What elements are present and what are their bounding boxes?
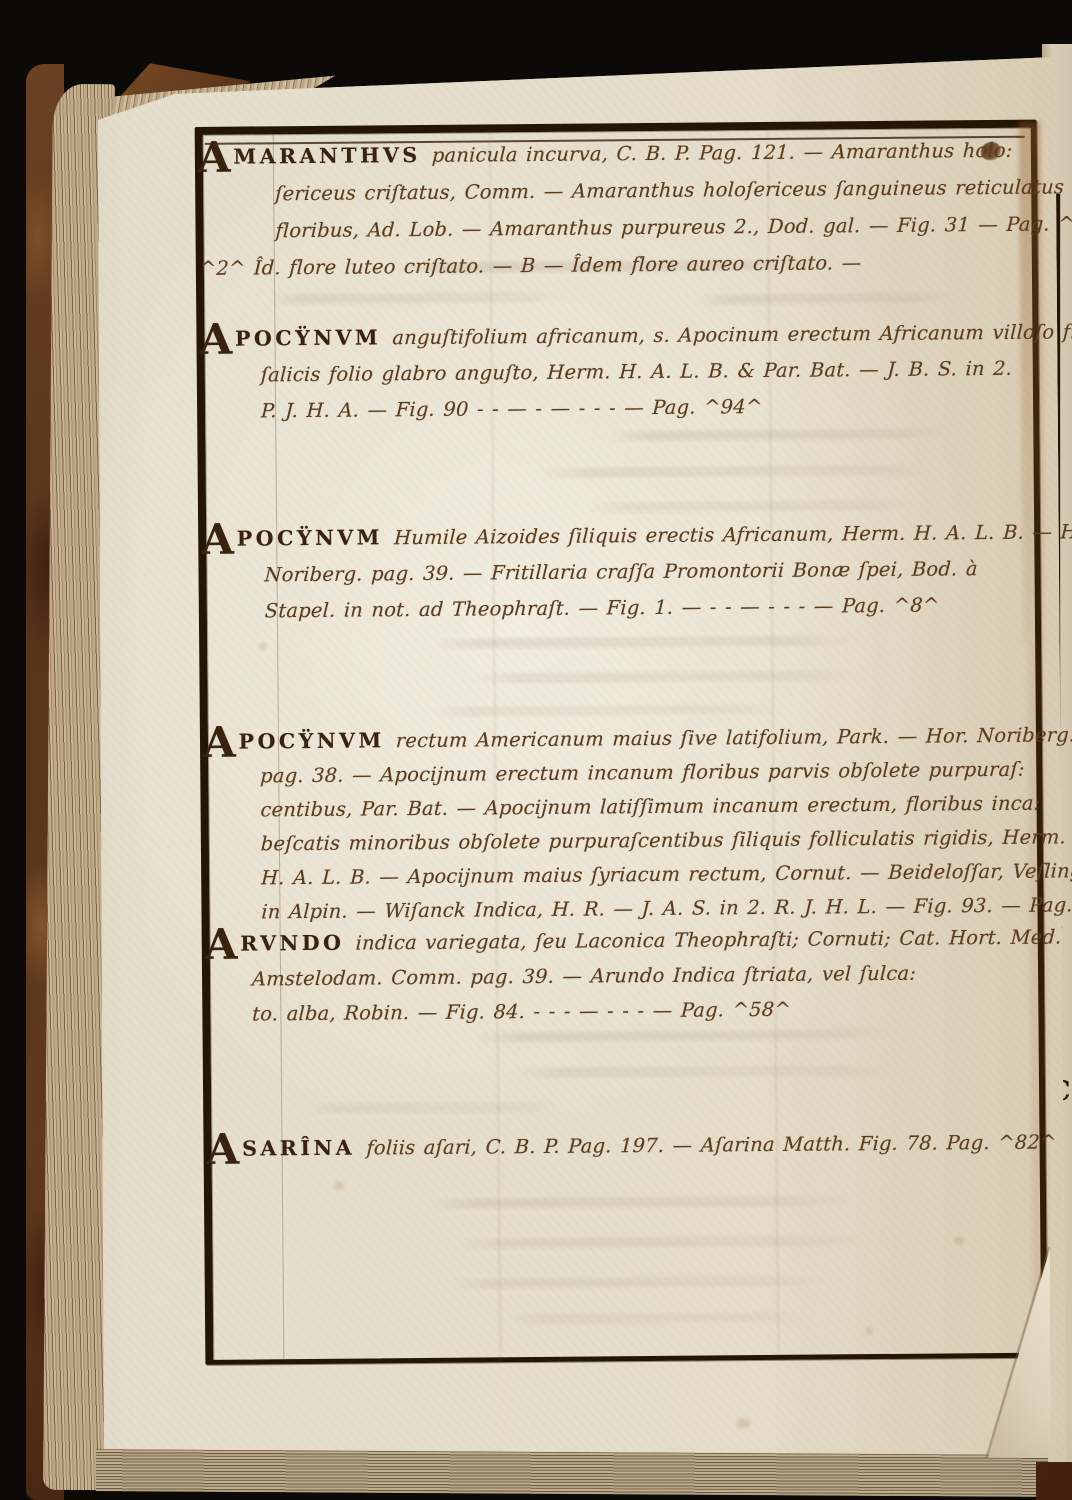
entry-line: P. J. H. A. — Fig. 90 - - — - — - - - — … <box>260 386 1072 430</box>
headword-initial: A <box>199 315 234 364</box>
entry-apocynum-2: APOCŸNVMHumile Aizoides ſiliquis erectis… <box>201 513 1072 630</box>
foxing-spot <box>954 1236 964 1245</box>
entry-apocynum-3: APOCŸNVMrectum Americanum maius ſive lat… <box>203 716 1072 929</box>
headword-initial: A <box>198 133 233 182</box>
page-content-layer: AMARANTHVSpanicula incurva, C. B. P. Pag… <box>0 0 1072 1500</box>
photo-background: I C AM <box>0 0 1072 1500</box>
entry-line-text: Humile Aizoides ſiliquis erectis African… <box>393 514 1072 556</box>
entry-apocynum-1: APOCŸNVManguſtifolium africanum, s. Apoc… <box>199 313 1072 430</box>
headword: ASARÎNA <box>206 1137 365 1161</box>
headword: ARVNDO <box>205 932 355 956</box>
foxing-spot <box>334 1182 344 1191</box>
foxing-spot <box>865 1327 873 1335</box>
headword-initial: A <box>203 718 238 767</box>
headword-caps: MARANTHVS <box>233 143 420 169</box>
foxing-spot <box>259 642 267 650</box>
foxing-spot <box>736 1418 750 1428</box>
headword-caps: POCŸNVM <box>235 325 381 350</box>
headword-caps: POCŸNVM <box>237 525 383 550</box>
headword-caps: RVNDO <box>240 931 344 956</box>
headword: AMARANTHVS <box>198 144 431 169</box>
entry-line: Stapel. in not. ad Theophraſt. — Fig. 1.… <box>264 586 1072 629</box>
entry-line-text: panicula incurva, C. B. P. Pag. 121. — A… <box>431 132 1013 174</box>
entry-line-text: foliis aſari, C. B. P. Pag. 197. — Aſari… <box>365 1124 1057 1166</box>
entry-line: ^2^ Îd. flore luteo criſtato. — B — Îdem… <box>199 242 1072 287</box>
entry-line: ASARÎNAfoliis aſari, C. B. P. Pag. 197. … <box>206 1123 1055 1167</box>
headword: APOCŸNVM <box>199 326 391 351</box>
headword-initial: A <box>201 515 236 564</box>
entry-amaranthus: AMARANTHVSpanicula incurva, C. B. P. Pag… <box>198 131 1072 287</box>
headword-initial: A <box>206 1125 241 1174</box>
headword-initial: A <box>205 920 240 969</box>
entry-line: to. alba, Robin. — Fig. 84. - - - — - - … <box>252 989 1063 1031</box>
headword: APOCŸNVM <box>201 526 393 551</box>
headword-caps: SARÎNA <box>242 1136 355 1161</box>
headword: APOCŸNVM <box>203 729 395 754</box>
entry-asarina: ASARÎNAfoliis aſari, C. B. P. Pag. 197. … <box>206 1123 1055 1167</box>
entry-arundo: ARVNDOindica variegata, ſeu Laconica The… <box>205 919 1062 1031</box>
entry-line-text: rectum Americanum maius ſive latifolium,… <box>395 717 1072 758</box>
headword-caps: POCŸNVM <box>238 728 384 753</box>
entry-line-text: anguſtifolium africanum, s. Apocinum ere… <box>391 314 1072 356</box>
